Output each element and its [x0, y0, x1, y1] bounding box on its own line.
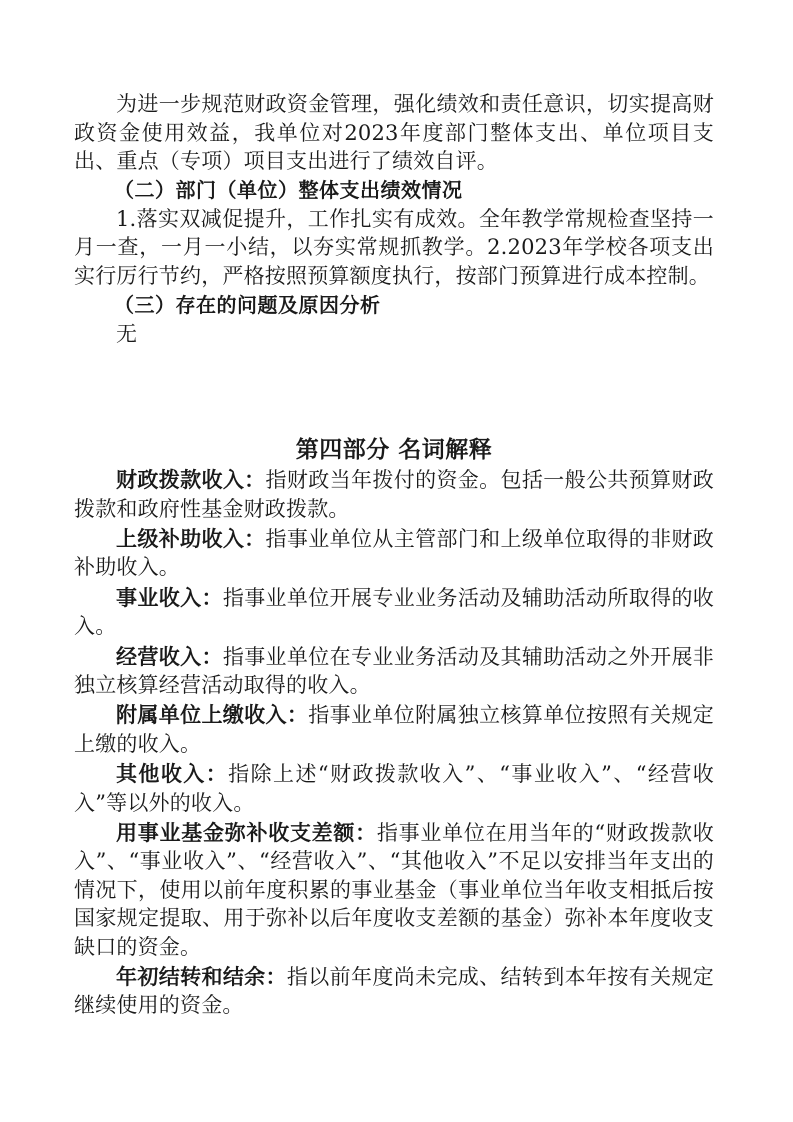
glossary-item: 经营收入：指事业单位在专业业务活动及其辅助活动之外开展非独立核算经营活动取得的收… — [74, 643, 714, 702]
glossary-term: 其他收入： — [116, 762, 228, 786]
intro-paragraph: 为进一步规范财政资金管理，强化绩效和责任意识，切实提高财政资金使用效益，我单位对… — [74, 90, 714, 176]
glossary-item: 附属单位上缴收入：指事业单位附属独立核算单位按照有关规定上缴的收入。 — [74, 701, 714, 760]
spacer — [74, 348, 714, 434]
part-title: 第四部分 名词解释 — [74, 434, 714, 466]
glossary-item: 事业收入：指事业单位开展专业业务活动及辅助活动所取得的收入。 — [74, 584, 714, 643]
glossary-term: 财政拨款收入： — [116, 468, 266, 492]
glossary-term: 年初结转和结余： — [116, 965, 287, 989]
glossary-item: 财政拨款收入：指财政当年拨付的资金。包括一般公共预算财政拨款和政府性基金财政拨款… — [74, 466, 714, 525]
section-heading-problems: （三）存在的问题及原因分析 — [74, 291, 714, 320]
section-body-overall-performance: 1.落实双减促提升，工作扎实有成效。全年教学常规检查坚持一月一查，一月一小结，以… — [74, 205, 714, 291]
glossary: 财政拨款收入：指财政当年拨付的资金。包括一般公共预算财政拨款和政府性基金财政拨款… — [74, 466, 714, 1022]
glossary-item: 上级补助收入：指事业单位从主管部门和上级单位取得的非财政补助收入。 — [74, 525, 714, 584]
section-body-problems: 无 — [74, 320, 714, 349]
glossary-term: 用事业基金弥补收支差额： — [116, 821, 377, 845]
glossary-item: 用事业基金弥补收支差额：指事业单位在用当年的“财政拨款收入”、“事业收入”、“经… — [74, 819, 714, 963]
document-page: 为进一步规范财政资金管理，强化绩效和责任意识，切实提高财政资金使用效益，我单位对… — [74, 90, 714, 1022]
glossary-item: 年初结转和结余：指以前年度尚未完成、结转到本年按有关规定继续使用的资金。 — [74, 963, 714, 1022]
glossary-term: 经营收入： — [116, 645, 223, 669]
glossary-term: 附属单位上缴收入： — [116, 703, 308, 727]
glossary-term: 事业收入： — [116, 586, 223, 610]
section-heading-overall-performance: （二）部门（单位）整体支出绩效情况 — [74, 176, 714, 205]
glossary-term: 上级补助收入： — [116, 527, 266, 551]
glossary-item: 其他收入：指除上述“财政拨款收入”、“事业收入”、“经营收入”等以外的收入。 — [74, 760, 714, 819]
